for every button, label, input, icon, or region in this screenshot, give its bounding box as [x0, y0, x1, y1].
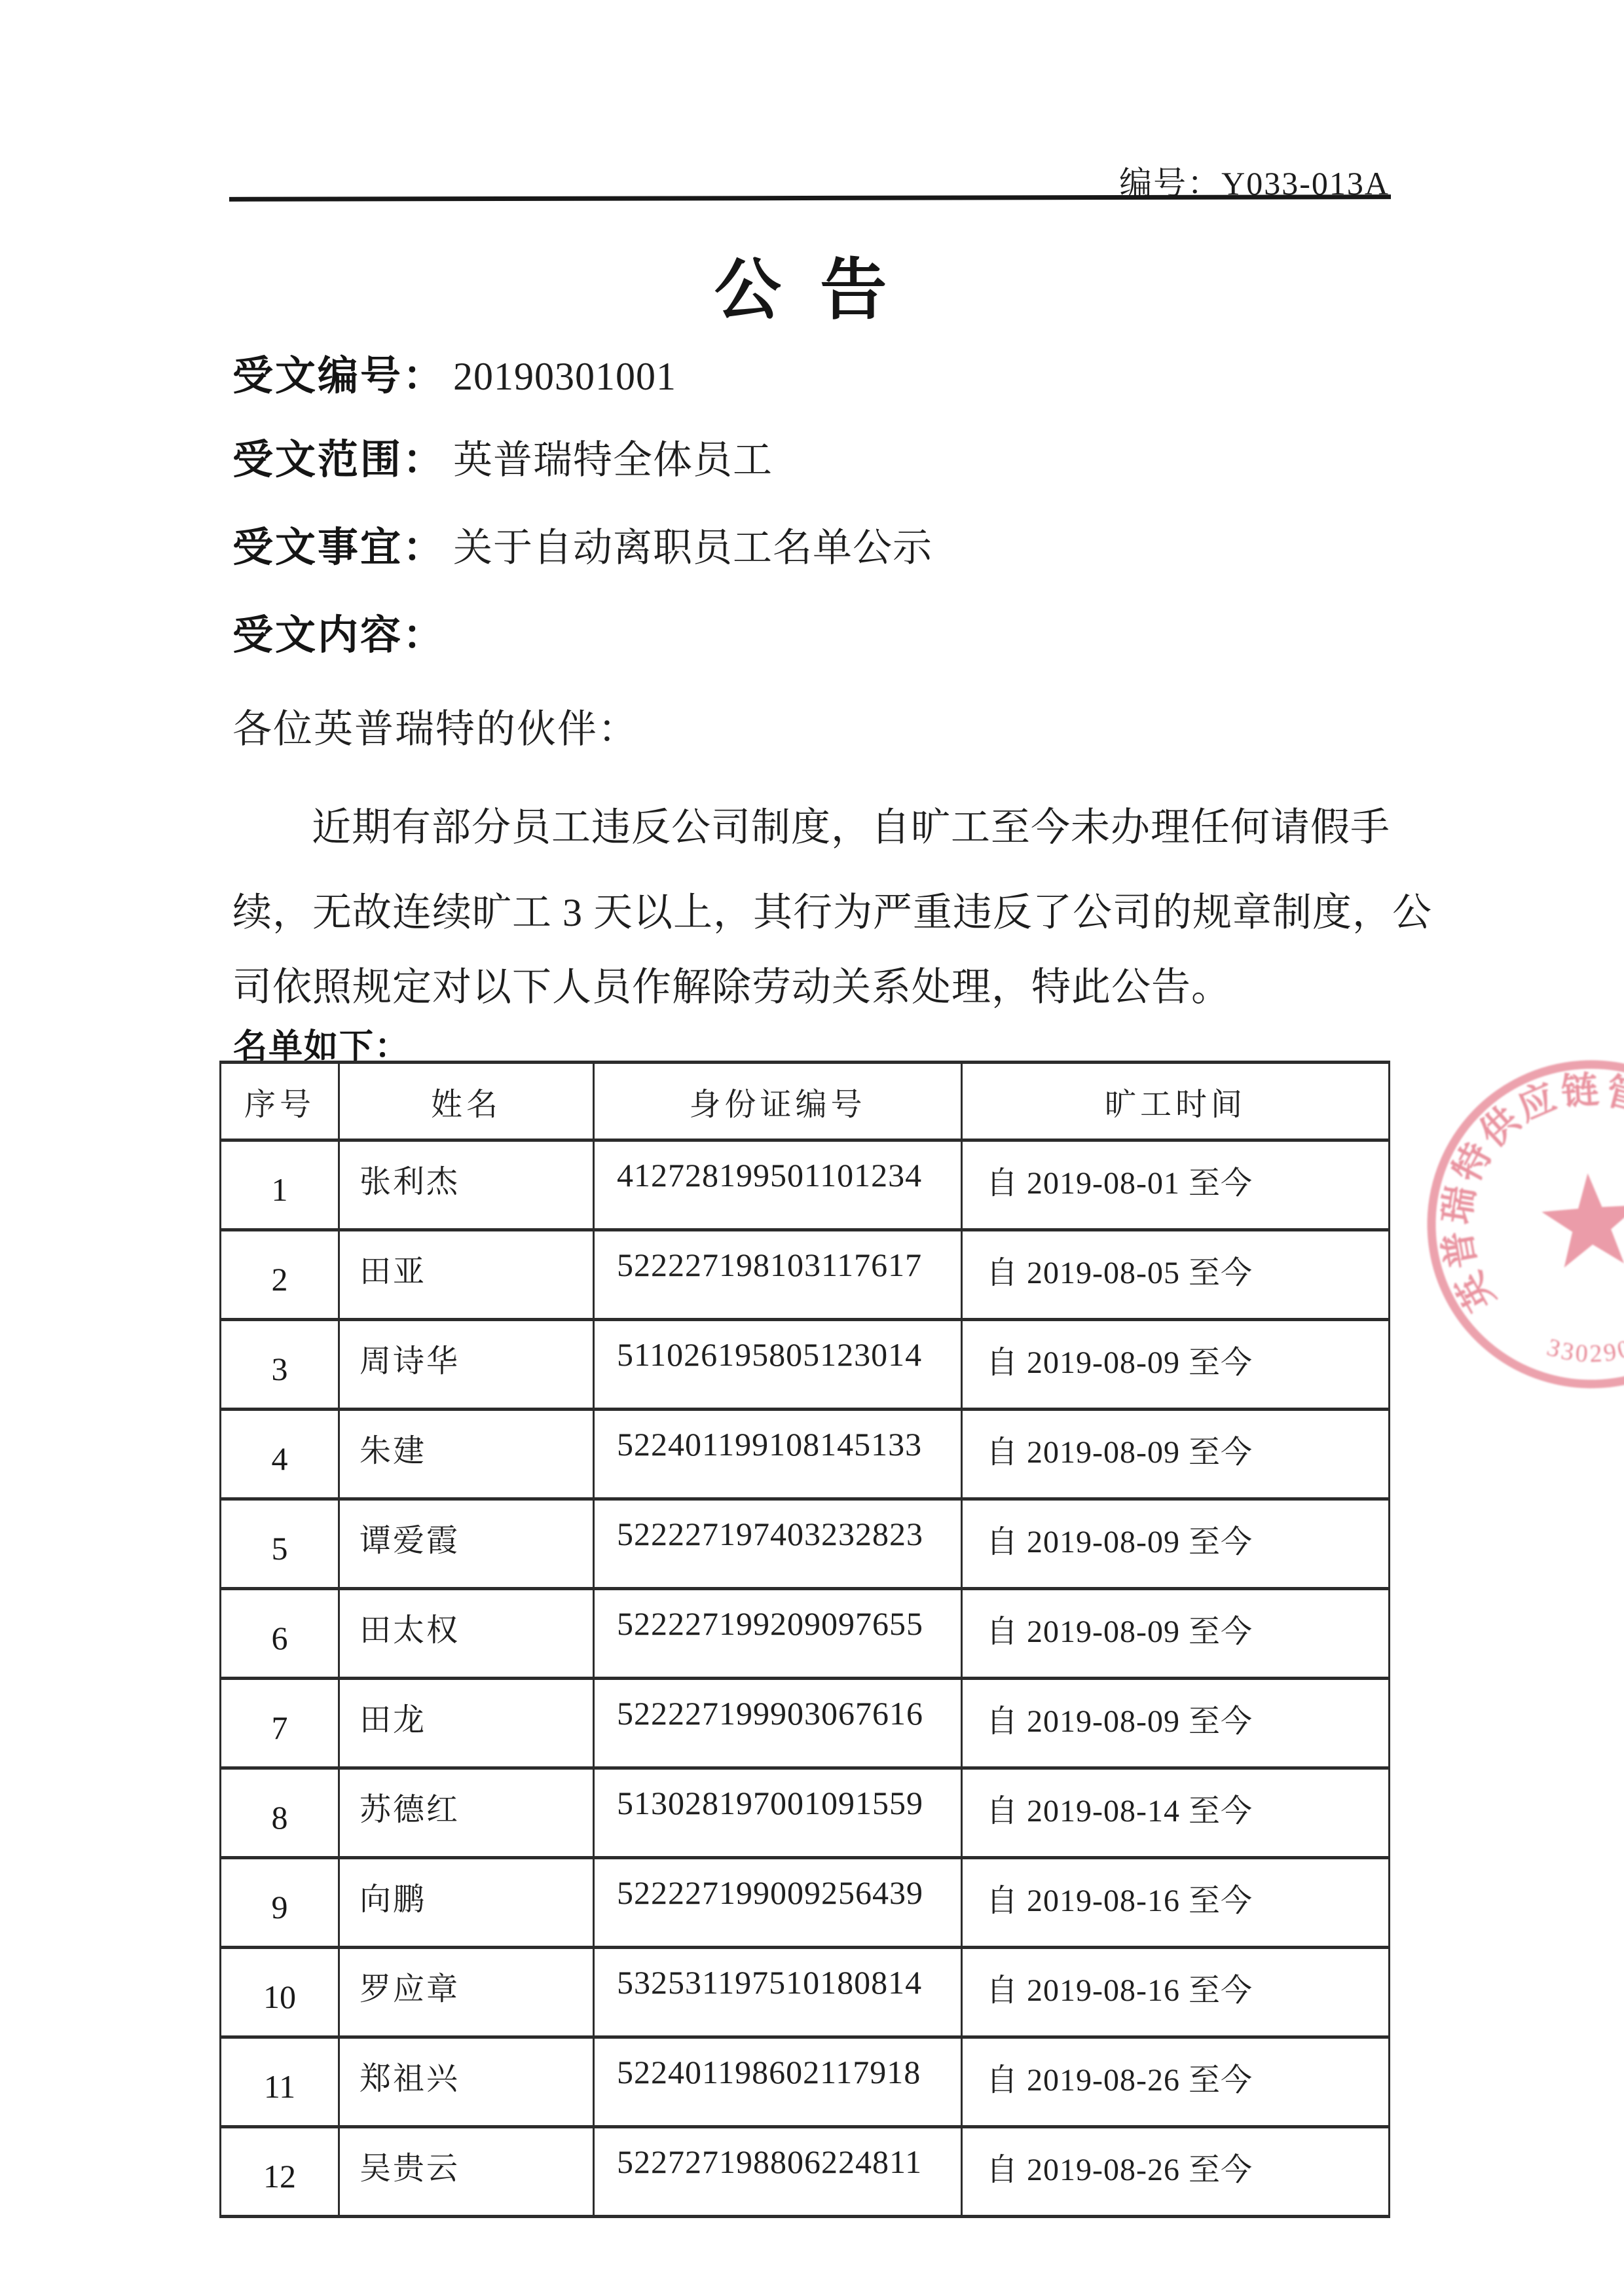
field-label: 受文编号：: [232, 354, 445, 399]
document-page: 编号：Y033-013A 公 告 受文编号：20190301001 受文范围：英…: [0, 0, 1624, 2296]
table-cell: 6: [221, 1589, 339, 1679]
body-paragraph-line: 续，无故连续旷工 3 天以上，其行为严重违反了公司的规章制度，公: [232, 881, 1432, 938]
table-cell: 自 2019-08-14 至今: [962, 1768, 1390, 1858]
table-cell: 412728199501101234: [594, 1140, 962, 1230]
table-cell: 11: [221, 2037, 339, 2127]
table-cell: 郑祖兴: [339, 2037, 594, 2127]
table-cell: 511026195805123014: [594, 1320, 962, 1410]
table-cell: 9: [221, 1858, 339, 1948]
field-doc-subject: 受文事宜：关于自动离职员工名单公示: [232, 515, 932, 573]
table-cell: 10: [221, 1948, 339, 2037]
table-row: 5谭爱霞522227197403232823自 2019-08-09 至今: [221, 1499, 1390, 1589]
table-row: 8苏德红513028197001091559自 2019-08-14 至今: [221, 1768, 1390, 1858]
table-row: 2田亚522227198103117617自 2019-08-05 至今: [221, 1230, 1390, 1320]
table-body: 1张利杰412728199501101234自 2019-08-01 至今2田亚…: [221, 1140, 1390, 2217]
table-cell: 522401198602117918: [594, 2037, 962, 2127]
table-cell: 张利杰: [339, 1140, 594, 1230]
table-cell: 吴贵云: [339, 2127, 594, 2217]
field-label: 受文内容：: [232, 613, 445, 658]
col-header-absence: 旷工时间: [962, 1063, 1390, 1140]
table-cell: 自 2019-08-09 至今: [962, 1679, 1390, 1768]
table-cell: 谭爱霞: [339, 1499, 594, 1589]
table-cell: 522227199209097655: [594, 1589, 962, 1679]
table-cell: 1: [221, 1140, 339, 1230]
table-row: 4朱建522401199108145133自 2019-08-09 至今: [221, 1410, 1390, 1499]
table-cell: 向鹏: [339, 1858, 594, 1948]
table-cell: 532531197510180814: [594, 1948, 962, 2037]
table-cell: 自 2019-08-26 至今: [962, 2037, 1390, 2127]
table-row: 12吴贵云522727198806224811自 2019-08-26 至今: [221, 2127, 1390, 2217]
table-cell: 513028197001091559: [594, 1768, 962, 1858]
table-row: 6田太权522227199209097655自 2019-08-09 至今: [221, 1589, 1390, 1679]
table-cell: 2: [221, 1230, 339, 1320]
field-doc-number: 受文编号：20190301001: [232, 343, 676, 401]
table-cell: 田龙: [339, 1679, 594, 1768]
table-cell: 522401199108145133: [594, 1410, 962, 1499]
table-cell: 田亚: [339, 1230, 594, 1320]
body-paragraph-line: 司依照规定对以下人员作解除劳动关系处理，特此公告。: [232, 956, 1231, 1012]
salutation: 各位英普瑞特的伙伴：: [232, 698, 638, 754]
col-header-name: 姓名: [339, 1063, 594, 1140]
table-cell: 3: [221, 1320, 339, 1410]
table-cell: 自 2019-08-16 至今: [962, 1858, 1390, 1948]
table-cell: 12: [221, 2127, 339, 2217]
table-cell: 罗应章: [339, 1948, 594, 2037]
table-row: 11郑祖兴522401198602117918自 2019-08-26 至今: [221, 2037, 1390, 2127]
table-row: 9向鹏522227199009256439自 2019-08-16 至今: [221, 1858, 1390, 1948]
table-cell: 8: [221, 1768, 339, 1858]
table-cell: 自 2019-08-16 至今: [962, 1948, 1390, 2037]
table-row: 10罗应章532531197510180814自 2019-08-16 至今: [221, 1948, 1390, 2037]
table-cell: 自 2019-08-26 至今: [962, 2127, 1390, 2217]
seal-star-icon: [1540, 1170, 1624, 1269]
table-cell: 522227199903067616: [594, 1679, 962, 1768]
table-cell: 苏德红: [339, 1768, 594, 1858]
table-cell: 522727198806224811: [594, 2127, 962, 2217]
table-row: 7田龙522227199903067616自 2019-08-09 至今: [221, 1679, 1390, 1768]
doc-title: 公 告: [219, 237, 1388, 333]
table-row: 1张利杰412728199501101234自 2019-08-01 至今: [221, 1140, 1390, 1230]
table-cell: 周诗华: [339, 1320, 594, 1410]
table-cell: 自 2019-08-09 至今: [962, 1589, 1390, 1679]
table-cell: 自 2019-08-01 至今: [962, 1140, 1390, 1230]
table-cell: 自 2019-08-09 至今: [962, 1320, 1390, 1410]
table-row: 3周诗华511026195805123014自 2019-08-09 至今: [221, 1320, 1390, 1410]
table-cell: 522227199009256439: [594, 1858, 962, 1948]
body-paragraph-line: 近期有部分员工违反公司制度，自旷工至今未办理任何请假手: [312, 796, 1390, 852]
svg-text:33029000: 33029000: [1542, 1322, 1624, 1372]
field-value: 英普瑞特全体员工: [453, 439, 773, 482]
field-label: 受文事宜：: [232, 525, 445, 570]
table-header-row: 序号 姓名 身份证编号 旷工时间: [221, 1063, 1390, 1140]
field-value: 关于自动离职员工名单公示: [453, 526, 932, 570]
table-cell: 自 2019-08-05 至今: [962, 1230, 1390, 1320]
field-doc-content: 受文内容：: [232, 602, 453, 661]
table-cell: 522227198103117617: [594, 1230, 962, 1320]
table-cell: 522227197403232823: [594, 1499, 962, 1589]
table-cell: 自 2019-08-09 至今: [962, 1410, 1390, 1499]
table-cell: 朱建: [339, 1410, 594, 1499]
table-cell: 自 2019-08-09 至今: [962, 1499, 1390, 1589]
table-cell: 田太权: [339, 1589, 594, 1679]
col-header-index: 序号: [221, 1063, 339, 1140]
col-header-id: 身份证编号: [594, 1063, 962, 1140]
table-cell: 7: [221, 1679, 339, 1768]
absent-employee-table: 序号 姓名 身份证编号 旷工时间 1张利杰412728199501101234自…: [219, 1061, 1390, 2218]
seal-code-text: 33029000: [1542, 1322, 1624, 1372]
field-doc-scope: 受文范围：英普瑞特全体员工: [232, 427, 773, 485]
table-cell: 4: [221, 1410, 339, 1499]
table-cell: 5: [221, 1499, 339, 1589]
field-label: 受文范围：: [232, 437, 445, 483]
field-value: 20190301001: [453, 355, 676, 398]
company-seal-stamp: 英普瑞特供应链管理有限公司 33029000: [1421, 1054, 1624, 1394]
